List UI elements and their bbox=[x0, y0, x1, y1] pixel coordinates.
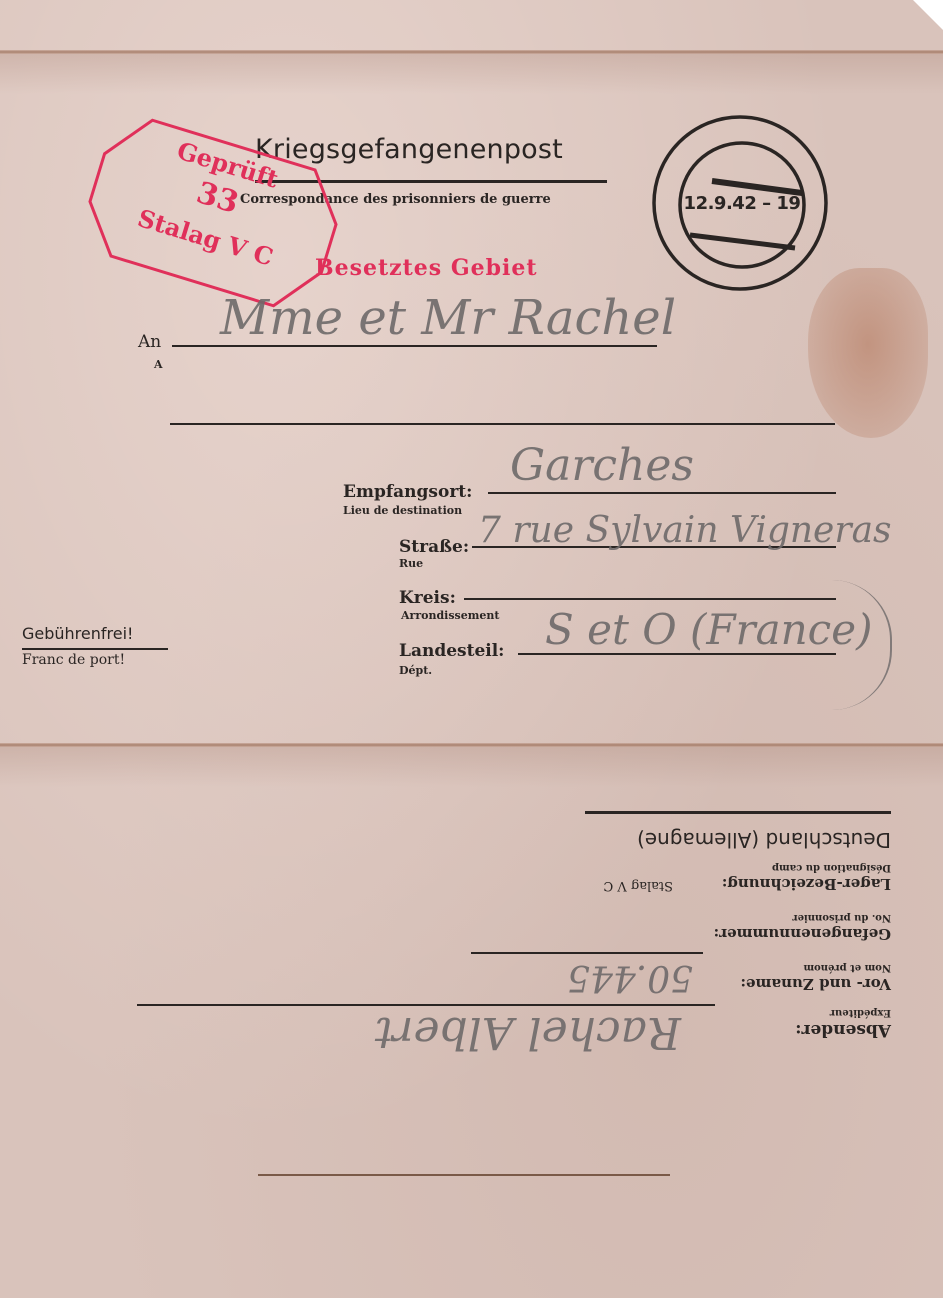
fold-line-top bbox=[0, 50, 943, 54]
destination-label-fr: Lieu de destination bbox=[343, 504, 462, 517]
sender-country: Deutschland (Allemagne) bbox=[637, 828, 891, 852]
district-label-de: Kreis: bbox=[399, 588, 456, 608]
camp-label-fr: Désignation du camp bbox=[772, 862, 891, 873]
street-value: 7 rue Sylvain Vigneras bbox=[478, 510, 892, 551]
district-line bbox=[464, 598, 836, 600]
fold-shadow bbox=[0, 54, 943, 94]
form-title: Kriegsgefangenenpost bbox=[255, 134, 563, 165]
camp-label-de: Lager-Bezeichnung: bbox=[722, 875, 891, 893]
sender-name-label-fr: Nom et prénom bbox=[804, 962, 891, 973]
sender-label-de: Absender: bbox=[795, 1020, 891, 1040]
recipient-label-fr: A bbox=[154, 358, 163, 371]
blank-line-bottom bbox=[258, 1175, 670, 1177]
sender-label-fr: Expéditeur bbox=[830, 1007, 891, 1018]
country-rule bbox=[585, 811, 891, 814]
postmark-date: 12.9.42 – 19 bbox=[682, 193, 802, 214]
region-label-fr: Dépt. bbox=[399, 664, 432, 677]
pencil-bracket bbox=[830, 580, 892, 710]
prisoner-number-value: 50.445 bbox=[567, 957, 693, 998]
postmark: 12.9.42 – 19 bbox=[650, 113, 830, 293]
sender-name-line bbox=[137, 1004, 715, 1006]
region-label-de: Landesteil: bbox=[399, 641, 504, 661]
district-label-fr: Arrondissement bbox=[401, 609, 499, 622]
sender-panel-upside-down: Deutschland (Allemagne) Lager-Bezeichnun… bbox=[0, 743, 943, 1298]
water-stain bbox=[808, 268, 928, 438]
postage-free-label-fr: Franc de port! bbox=[22, 652, 125, 668]
street-label-fr: Rue bbox=[399, 557, 423, 570]
sender-name-value: Rachel Albert bbox=[375, 1007, 681, 1058]
torn-corner bbox=[913, 0, 943, 30]
destination-label-de: Empfangsort: bbox=[343, 482, 472, 502]
recipient-name: Mme et Mr Rachel bbox=[220, 290, 676, 346]
camp-value: Stalag V C bbox=[603, 878, 673, 893]
occupied-territory-stamp: Besetztes Gebiet bbox=[315, 255, 538, 281]
street-label-de: Straße: bbox=[399, 537, 469, 557]
postage-free-label-de: Gebührenfrei! bbox=[22, 624, 133, 643]
postage-free-rule bbox=[22, 648, 168, 650]
recipient-line-2 bbox=[170, 423, 835, 425]
sender-name-label-de: Vor- und Zuname: bbox=[740, 975, 891, 993]
destination-value: Garches bbox=[510, 440, 694, 491]
recipient-label-de: An bbox=[138, 332, 161, 352]
prisoner-number-line bbox=[471, 952, 703, 954]
region-value: S et O (France) bbox=[545, 605, 872, 654]
prisoner-number-label-fr: No. du prisonnier bbox=[792, 912, 891, 923]
destination-line bbox=[488, 492, 836, 494]
letter-sheet: Kriegsgefangenenpost Correspondance des … bbox=[0, 0, 943, 1298]
prisoner-number-label-de: Gefangenennummer: bbox=[714, 925, 891, 943]
